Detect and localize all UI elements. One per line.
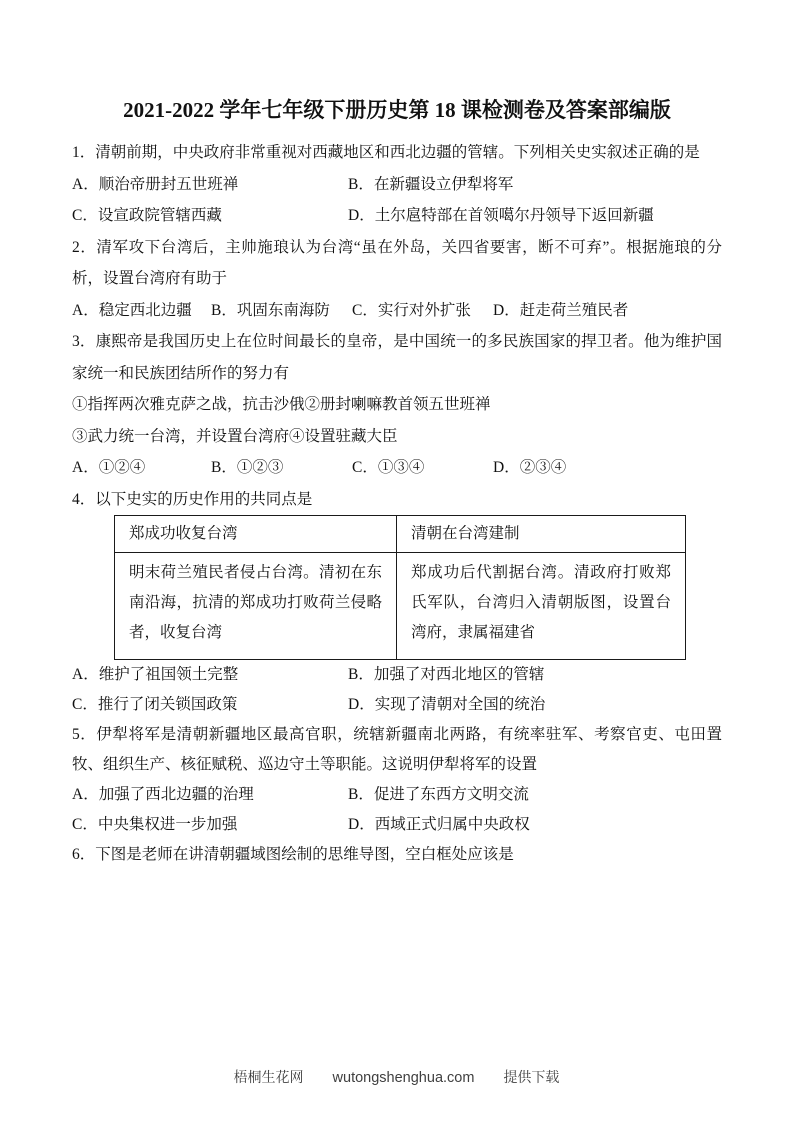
question-4-stem: 4．以下史实的历史作用的共同点是 [72, 484, 722, 516]
footer-site-url: wutongshenghua.com [333, 1068, 475, 1088]
question-4-option-c: C．推行了闭关锁国政策 [72, 690, 348, 720]
question-3-stem: 3．康熙帝是我国历史上在位时间最长的皇帝，是中国统一的多民族国家的捍卫者。他为维… [72, 326, 722, 389]
question-1-option-a: A．顺治帝册封五世班禅 [72, 169, 348, 201]
question-2-option-a: A．稳定西北边疆 [72, 295, 211, 327]
question-4-option-d: D．实现了清朝对全国的统治 [348, 690, 722, 720]
table-header-zhengchenggong: 郑成功收复台湾 [115, 516, 397, 553]
question-2-options: A．稳定西北边疆 B．巩固东南海防 C．实行对外扩张 D．赶走荷兰殖民者 [72, 295, 722, 327]
question-5-option-a: A．加强了西北边疆的治理 [72, 780, 348, 810]
page-title: 2021-2022 学年七年级下册历史第 18 课检测卷及答案部编版 [72, 95, 722, 125]
page-footer: 梧桐生花网 wutongshenghua.com 提供下载 [0, 1068, 793, 1089]
question-3-options: A．①②④ B．①②③ C．①③④ D．②③④ [72, 452, 722, 484]
question-2-stem: 2．清军攻下台湾后，主帅施琅认为台湾“虽在外岛，关四省要害，断不可弃”。根据施琅… [72, 232, 722, 295]
question-5-option-d: D．西域正式归属中央政权 [348, 810, 722, 840]
question-3-option-b: B．①②③ [211, 452, 352, 484]
table-header-qingchao: 清朝在台湾建制 [397, 516, 686, 553]
question-4-option-b: B．加强了对西北地区的管辖 [348, 660, 722, 690]
footer-download-note: 提供下载 [503, 1069, 559, 1089]
question-4-option-a: A．维护了祖国领土完整 [72, 660, 348, 690]
question-4-options: A．维护了祖国领土完整 B．加强了对西北地区的管辖 C．推行了闭关锁国政策 D．… [72, 660, 722, 720]
question-3-item-3-4: ③武力统一台湾，并设置台湾府④设置驻藏大臣 [72, 421, 722, 453]
footer-site-name: 梧桐生花网 [234, 1069, 304, 1089]
question-5-stem: 5．伊犁将军是清朝新疆地区最高官职，统辖新疆南北两路，有统率驻军、考察官吏、屯田… [72, 720, 722, 780]
question-5-options: A．加强了西北边疆的治理 B．促进了东西方文明交流 C．中央集权进一步加强 D．… [72, 780, 722, 840]
table-header-row: 郑成功收复台湾 清朝在台湾建制 [115, 516, 686, 553]
table-cell-qingchao: 郑成功后代割据台湾。清政府打败郑氏军队，台湾归入清朝版图，设置台湾府，隶属福建省 [397, 553, 686, 660]
question-3-item-1-2: ①指挥两次雅克萨之战，抗击沙俄②册封喇嘛教首领五世班禅 [72, 389, 722, 421]
question-3-option-d: D．②③④ [493, 452, 722, 484]
question-2-option-c: C．实行对外扩张 [352, 295, 493, 327]
exam-paper-page: 2021-2022 学年七年级下册历史第 18 课检测卷及答案部编版 1．清朝前… [0, 0, 793, 1122]
question-4-table: 郑成功收复台湾 清朝在台湾建制 明末荷兰殖民者侵占台湾。清初在东南沿海，抗清的郑… [114, 515, 686, 660]
table-body-row: 明末荷兰殖民者侵占台湾。清初在东南沿海，抗清的郑成功打败荷兰侵略者，收复台湾 郑… [115, 553, 686, 660]
question-2-option-b: B．巩固东南海防 [211, 295, 352, 327]
question-1-options: A．顺治帝册封五世班禅 B．在新疆设立伊犁将军 C．设宣政院管辖西藏 D．土尔扈… [72, 169, 722, 232]
question-5-option-c: C．中央集权进一步加强 [72, 810, 348, 840]
question-1-option-c: C．设宣政院管辖西藏 [72, 200, 348, 232]
question-1-option-d: D．土尔扈特部在首领噶尔丹领导下返回新疆 [348, 200, 722, 232]
question-5-option-b: B．促进了东西方文明交流 [348, 780, 722, 810]
question-3-option-a: A．①②④ [72, 452, 211, 484]
question-2-option-d: D．赶走荷兰殖民者 [493, 295, 722, 327]
question-1-option-b: B．在新疆设立伊犁将军 [348, 169, 722, 201]
question-6-stem: 6．下图是老师在讲清朝疆域图绘制的思维导图，空白框处应该是 [72, 840, 722, 870]
question-3-option-c: C．①③④ [352, 452, 493, 484]
question-1-stem: 1．清朝前期，中央政府非常重视对西藏地区和西北边疆的管辖。下列相关史实叙述正确的… [72, 137, 722, 169]
table-cell-zhengchenggong: 明末荷兰殖民者侵占台湾。清初在东南沿海，抗清的郑成功打败荷兰侵略者，收复台湾 [115, 553, 397, 660]
